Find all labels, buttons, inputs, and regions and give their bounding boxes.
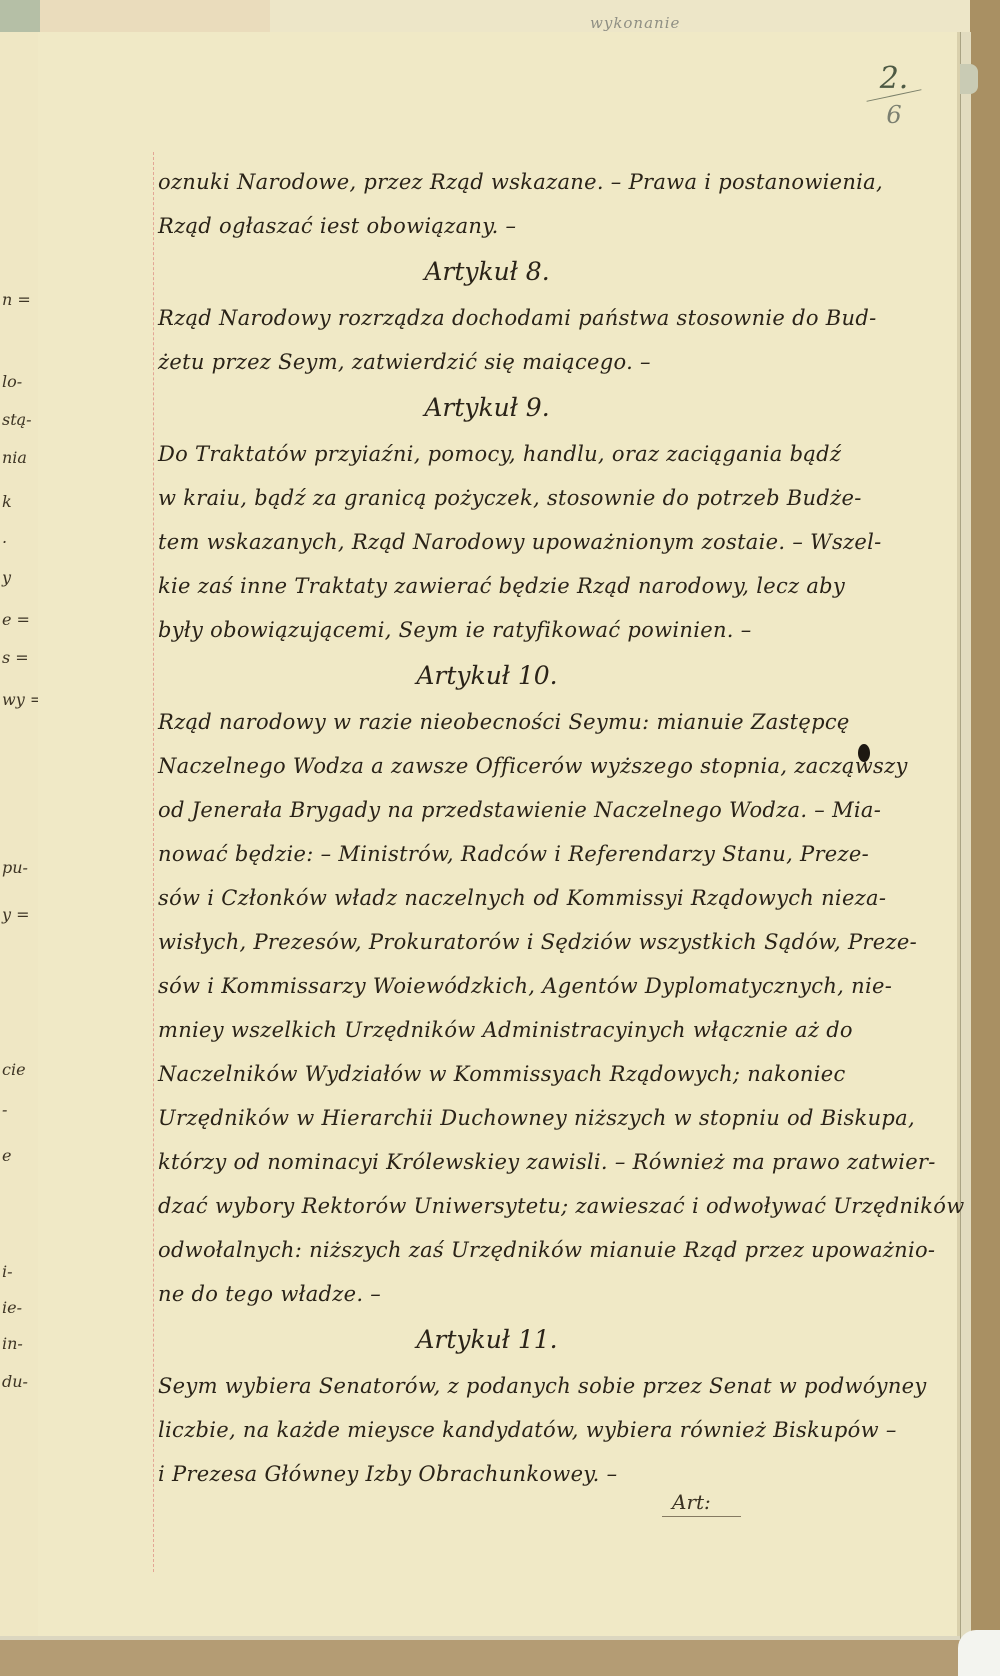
back-sheet-strip: wykonanie [0, 0, 1000, 36]
binding-board [970, 0, 1000, 1676]
text-line: sów i Kommissarzy Woiewódzkich, Agentów … [158, 964, 936, 1008]
text-line: Urzędników w Hierarchii Duchowney niższy… [158, 1096, 936, 1140]
facing-page-fragment: ie- [2, 1298, 22, 1317]
text-line: Seym wybiera Senatorów, z podanych sobie… [158, 1364, 936, 1408]
folio-number: 2. 6 [866, 62, 922, 128]
facing-page-fragment: n = [2, 290, 31, 309]
text-line: mniey wszelkich Urzędników Administracyi… [158, 1008, 936, 1052]
page-stack-edge [960, 32, 971, 1652]
facing-page-fragment: - [2, 1100, 7, 1119]
facing-page-fragment: y [2, 568, 11, 587]
facing-page-fragment: i- [2, 1262, 13, 1281]
text-line: dzać wybory Rektorów Uniwersytetu; zawie… [158, 1184, 936, 1228]
article-heading: Artykuł 8. [158, 248, 936, 296]
facing-page: n =lo-stą-niak.ye =s =wy =pu-y =cie-ei-i… [0, 32, 39, 1642]
facing-page-fragment: e = [2, 610, 30, 629]
text-line: nować będzie: – Ministrów, Radców i Refe… [158, 832, 936, 876]
facing-page-fragment: nia [2, 448, 27, 467]
text-line: tem wskazanych, Rząd Narodowy upoważnion… [158, 520, 936, 564]
text-line: liczbie, na każde mieysce kandydatów, wy… [158, 1408, 936, 1452]
catchword: Art: [662, 1490, 741, 1517]
text-line: Do Traktatów przyiaźni, pomocy, handlu, … [158, 432, 936, 476]
text-line: od Jenerała Brygady na przedstawienie Na… [158, 788, 936, 832]
text-line: i Prezesa Główney Izby Obrachunkowey. – [158, 1452, 936, 1496]
text-line: były obowiązującemi, Seym ie ratyfikować… [158, 608, 936, 652]
text-line: Naczelnego Wodza a zawsze Officerów wyżs… [158, 744, 936, 788]
folio-secondary: 6 [866, 102, 922, 128]
text-line: kie zaś inne Traktaty zawierać będzie Rz… [158, 564, 936, 608]
text-line: Rząd Narodowy rozrządza dochodami państw… [158, 296, 936, 340]
text-line: oznuki Narodowe, przez Rząd wskazane. – … [158, 160, 936, 204]
text-line: sów i Członków władz naczelnych od Kommi… [158, 876, 936, 920]
ink-blot [858, 744, 870, 762]
text-line: w kraiu, bądź za granicą pożyczek, stoso… [158, 476, 936, 520]
text-line: wisłych, Prezesów, Prokuratorów i Sędzió… [158, 920, 936, 964]
text-line: Rząd ogłaszać iest obowiązany. – [158, 204, 936, 248]
top-annotation: wykonanie [590, 14, 680, 32]
text-line: Rząd narodowy w razie nieobecności Seymu… [158, 700, 936, 744]
text-line: ne do tego władze. – [158, 1272, 936, 1316]
article-heading: Artykuł 9. [158, 384, 936, 432]
facing-page-fragment: stą- [2, 410, 32, 429]
text-line: żetu przez Seym, zatwierdzić się maiąceg… [158, 340, 936, 384]
facing-page-fragment: . [2, 528, 7, 547]
text-line: odwołalnych: niższych zaś Urzędników mia… [158, 1228, 936, 1272]
bottom-board [0, 1640, 1000, 1676]
facing-page-fragment: s = [2, 648, 29, 667]
facing-page-fragment: pu- [2, 858, 28, 877]
facing-page-fragment: in- [2, 1334, 23, 1353]
text-line: Naczelników Wydziałów w Kommissyach Rząd… [158, 1052, 936, 1096]
back-sheet-tan-edge [40, 0, 270, 34]
facing-page-fragment: du- [2, 1372, 28, 1391]
facing-page-fragment: k [2, 492, 12, 511]
paper-tab [958, 64, 978, 94]
facing-page-fragment: y = [2, 905, 30, 924]
facing-page-fragment: e [2, 1146, 11, 1165]
torn-corner [958, 1630, 1000, 1676]
facing-page-fragment: cie [2, 1060, 26, 1079]
margin-rule [153, 152, 154, 1572]
back-sheet-blue-edge [0, 0, 40, 32]
document-body: oznuki Narodowe, przez Rząd wskazane. – … [158, 160, 936, 1496]
manuscript-page: 2. 6 oznuki Narodowe, przez Rząd wskazan… [38, 32, 960, 1644]
article-heading: Artykuł 11. [158, 1316, 936, 1364]
text-line: którzy od nominacyi Królewskiey zawisli.… [158, 1140, 936, 1184]
article-heading: Artykuł 10. [158, 652, 936, 700]
facing-page-fragment: lo- [2, 372, 22, 391]
